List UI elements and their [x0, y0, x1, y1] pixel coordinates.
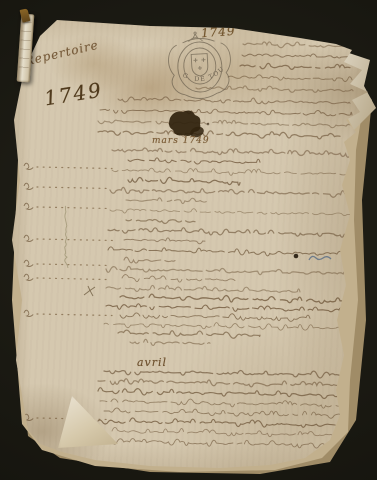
paper-fastener-tip-icon [20, 8, 31, 23]
photo-backdrop: G. DE TOURS Repertoire 1749 1749 mars 17… [0, 0, 377, 480]
corner-label: Repertoire [23, 38, 100, 69]
section-header: avril [137, 356, 167, 369]
date-header: mars 1749 [152, 136, 210, 146]
stamp-shield-icon [191, 54, 208, 77]
top-right-year: 1749 [201, 24, 236, 40]
manuscript-page: G. DE TOURS Repertoire 1749 1749 mars 17… [0, 0, 377, 480]
stamp-cartouche [167, 30, 232, 100]
corner-year: 1749 [42, 78, 104, 111]
dog-ear-fold [56, 394, 122, 452]
tax-stamp: G. DE TOURS [158, 28, 242, 112]
